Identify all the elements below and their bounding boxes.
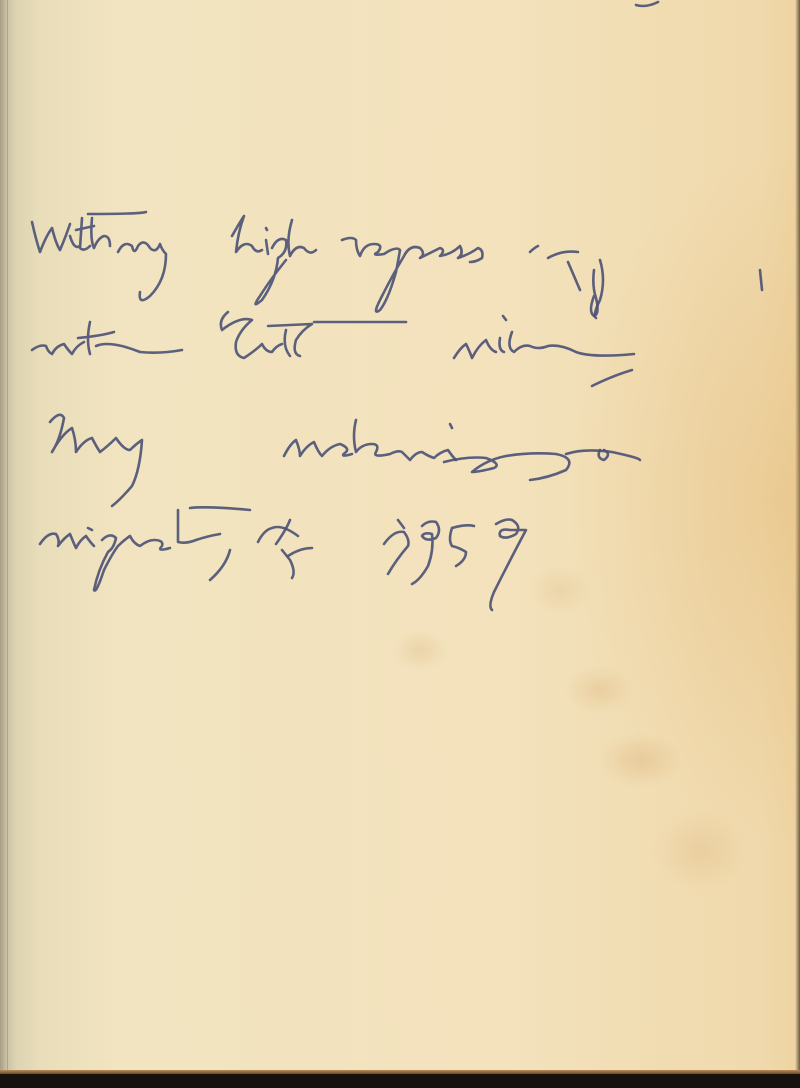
ink-line-1 bbox=[32, 212, 762, 316]
ink-line-2 bbox=[32, 260, 634, 386]
stray-mark bbox=[636, 2, 658, 6]
ink-line-4 bbox=[40, 507, 526, 610]
handwriting-ink bbox=[0, 0, 800, 1088]
ink-line-3 bbox=[50, 415, 640, 506]
